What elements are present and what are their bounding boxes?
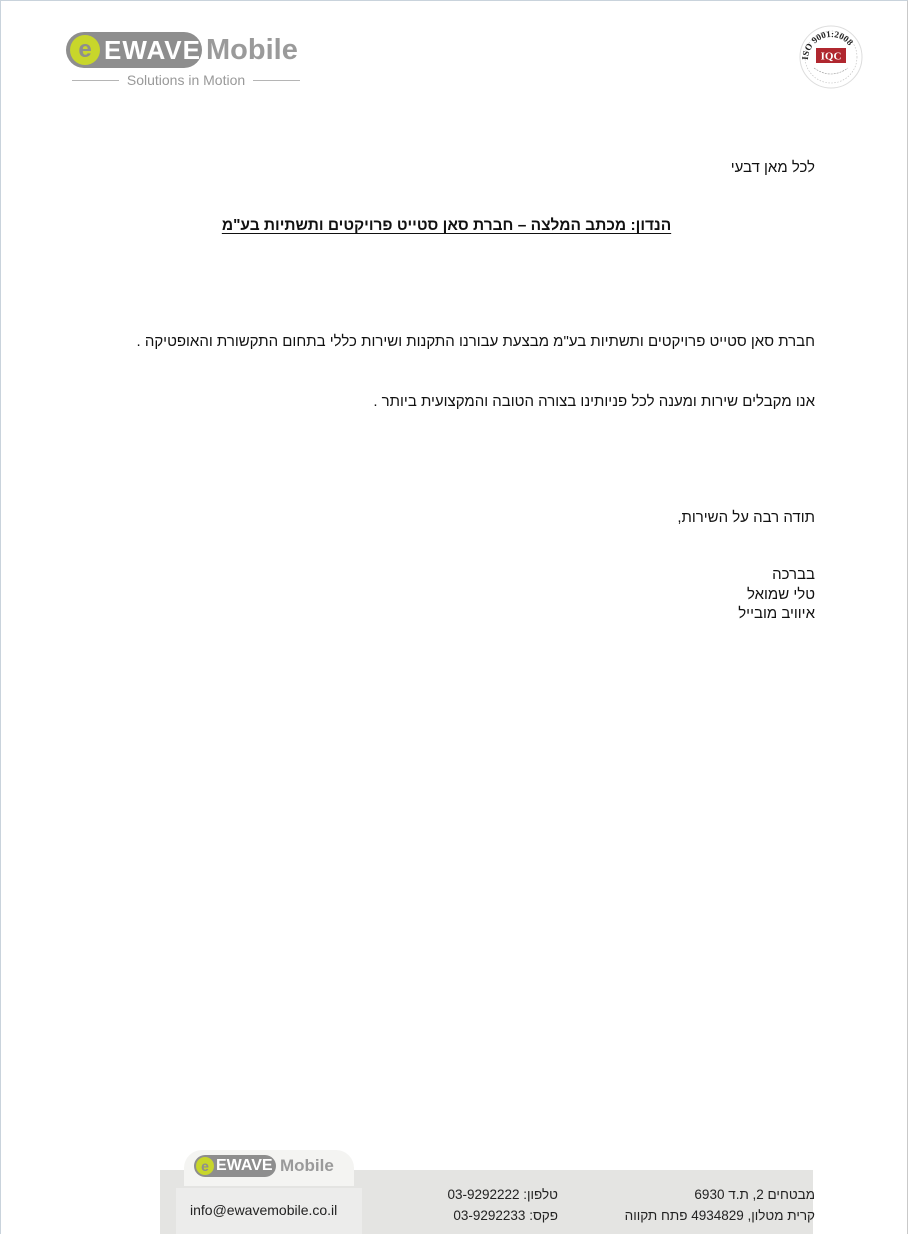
address-line-1: מבטחים 2, ת.ד 6930 <box>625 1184 815 1205</box>
ewave-mobile-logo: e EWAVE Mobile Solutions in Motion <box>66 32 306 92</box>
logo-pill: e EWAVE <box>66 32 202 68</box>
footer-email[interactable]: info@ewavemobile.co.il <box>190 1202 337 1218</box>
footer-contact-numbers: טלפון: 03-9292222 פקס: 03-9292233 <box>446 1184 558 1226</box>
footer-fax-row: פקס: 03-9292233 <box>446 1205 558 1226</box>
signature-block: בברכה טלי שמואל איוויב מובייל <box>738 565 815 624</box>
logo-wave-text: EWAVE <box>104 34 201 66</box>
iso-certification-seal-icon: ISO 9001:2008 IQC <box>798 24 864 90</box>
logo-tagline: Solutions in Motion <box>72 72 300 88</box>
footer-phone-row: טלפון: 03-9292222 <box>446 1184 558 1205</box>
signer-company: איוויב מובייל <box>738 604 815 624</box>
tagline-text: Solutions in Motion <box>127 72 245 88</box>
fax-label: פקס: <box>529 1208 558 1223</box>
subject-line: הנדון: מכתב המלצה – חברת סאן סטייט פרויק… <box>200 216 693 236</box>
footer-logo-e-icon: e <box>196 1157 214 1175</box>
footer-logo-wave-text: EWAVE <box>216 1156 273 1176</box>
address-line-2: קרית מטלון, 4934829 פתח תקווה <box>625 1205 815 1226</box>
phone-label: טלפון: <box>523 1187 558 1202</box>
footer-logo-pill: e EWAVE <box>194 1155 276 1177</box>
phone-number: 03-9292222 <box>447 1187 519 1202</box>
footer-address: מבטחים 2, ת.ד 6930 קרית מטלון, 4934829 פ… <box>625 1184 815 1226</box>
salutation: לכל מאן דבעי <box>731 158 815 178</box>
logo-e-icon: e <box>70 35 100 65</box>
iso-center-text: IQC <box>821 51 842 63</box>
logo-mobile-text: Mobile <box>206 32 298 68</box>
thanks-line: תודה רבה על השירות, <box>677 508 815 528</box>
closing-greeting: בברכה <box>738 565 815 585</box>
body-paragraph-2: אנו מקבלים שירות ומענה לכל פניותינו בצור… <box>373 392 815 412</box>
body-paragraph-1: חברת סאן סטייט פרויקטים ותשתיות בע"מ מבצ… <box>128 332 815 352</box>
footer-logo-mobile-text: Mobile <box>280 1155 334 1177</box>
tagline-rule-left <box>72 80 119 81</box>
signer-name: טלי שמואל <box>738 585 815 605</box>
fax-number: 03-9292233 <box>453 1208 525 1223</box>
tagline-rule-right <box>253 80 300 81</box>
